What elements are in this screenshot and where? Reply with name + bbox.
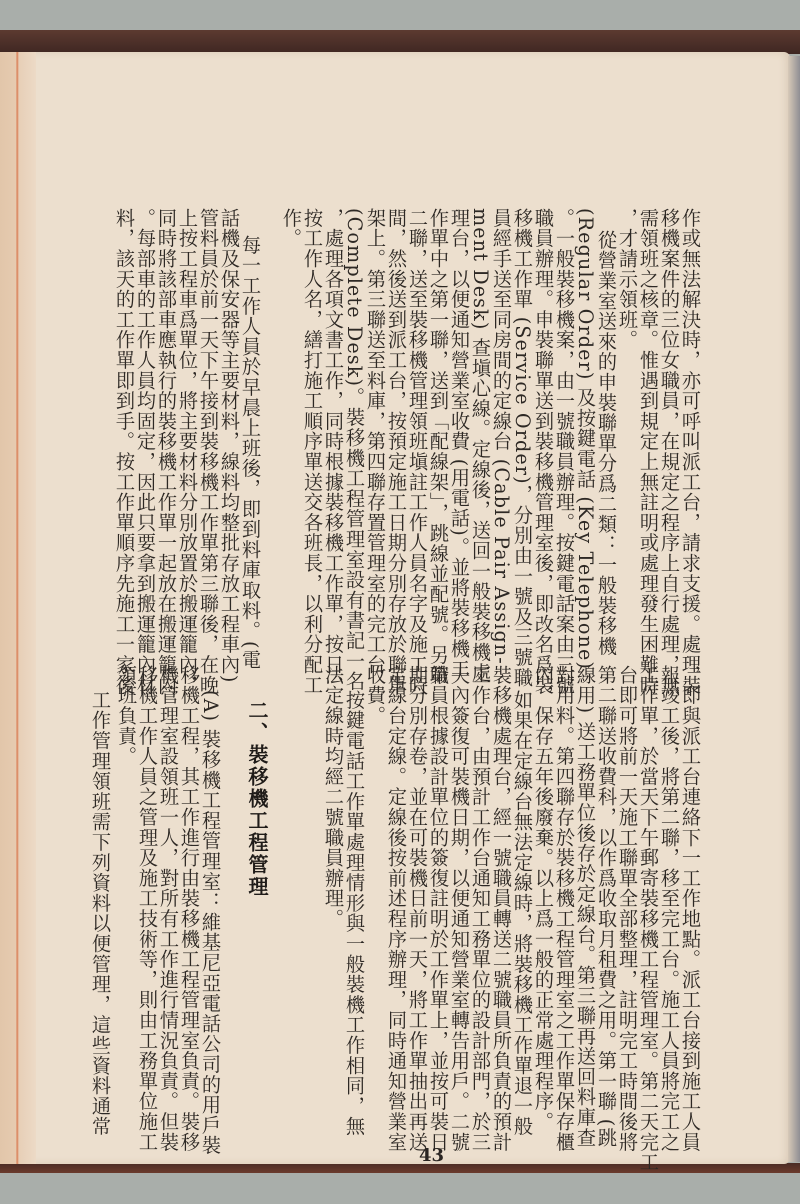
text-column: (Complete Desk)。裝移機工程管理室設有書記一名 <box>344 208 365 692</box>
text-column: 二聯，送至裝移機管理領班塡註工作人員名字及施工時 <box>407 208 428 695</box>
text-column: (A) 裝移機工程管理室：維基尼亞電話公司的用戶裝 <box>200 690 221 1156</box>
text-column: 收費。 <box>365 665 386 726</box>
text-column: 移機工作單 (Service Order)，分別由一號及三號職 <box>512 208 533 688</box>
text-column: 移機工作人員之管理及施工技術等，則由工務單位施工 <box>137 665 158 1152</box>
text-column: 線用) 送工務單位後存於定線台。第三聯再送回料庫查 <box>575 665 596 1148</box>
text-column: 按鍵電話工作單處理情形與一般裝機工作相同，無 <box>344 690 365 1137</box>
text-column: 法定線時均經二號職員辦理。 <box>323 665 344 929</box>
text-column: 同時將該部車應執行的裝移機工作單一起放在搬運籠內 <box>156 208 177 695</box>
book-cover-top-edge <box>0 30 800 54</box>
text-column: 機管理室設領班一人，對所有工作進行情況負責。但裝 <box>158 665 179 1152</box>
page-stack-edge <box>0 52 36 1164</box>
text-column: 如果在定線台無法定線時，將裝移機工作單退一般 <box>512 690 533 1137</box>
text-column: 每一工作人員於早晨上班後，即到料庫取料。(電 <box>240 235 261 670</box>
text-column: 期分別存卷，並在可裝機日前一天，將工作單抽出再送 <box>407 665 428 1152</box>
text-column: 內，保存五年後廢棄。以上爲一般的正常處理程序。 <box>533 665 554 1132</box>
text-column: 工作單，於當天下午郵寄裝移機工程管理室。第二天完工 <box>638 665 659 1173</box>
text-column: 作。 <box>281 208 302 249</box>
text-column: ，才請示領班。 <box>617 208 638 350</box>
text-column: 管料員於前一天下午接到裝移機工作單第三聯後，在晚 <box>198 208 219 695</box>
text-column: 員經手送至同房間的定線台 (Cable Pair Assign- <box>491 208 512 665</box>
text-column: 從營業室送來的申裝聯單分爲二類：一般裝移機 <box>596 230 617 656</box>
text-column: 需領班之核章。惟遇到規定上無註明或處理發生困難時 <box>638 208 659 695</box>
text-column: 工作台，由預計工作台通知工務單位的設計部門，於三 <box>470 665 491 1152</box>
text-column: 。每部車的工作人員均固定，因此只要拿到搬運籠內材 <box>135 208 156 695</box>
text-column: 作或無法解決時，亦可呼叫派工台，請求支援。處理裝 <box>680 208 701 695</box>
text-column: 職員根據設計單位的簽復註明於工作單上，並按可裝日 <box>428 665 449 1152</box>
text-column: 對用料。第四聯存於裝移機工程管理室之工作單保存櫃 <box>554 665 575 1152</box>
text-column: 移機案件的三位女職員，在規定之程序上自行處理，無 <box>659 208 680 695</box>
text-column: (Regular Order) 及按鍵電話 (Key Telephone) <box>575 208 596 670</box>
text-column: ，處理各項文書工作，同時根據裝移機工作單，按日、 <box>323 208 344 695</box>
text-column: 間，然後送到派工台，按預定施工日期分別存放於聯單 <box>386 208 407 695</box>
text-column: 理台，以便通知營業室收費 (用電話)。並將裝移機工 <box>449 208 470 679</box>
text-column: 。一般裝移機案，由一號職員辦理。按鍵電話案由三號 <box>554 208 575 695</box>
text-column: 作單中之第一聯，送到「配線架」，跳線並配號。另第 <box>428 208 449 686</box>
text-column: 上按工程車爲單位，將主要材料分別放置於搬運籠內， <box>177 208 198 695</box>
text-column: 移機工程，其工作進行由裝移機工程管理室負責。裝移 <box>179 665 200 1152</box>
text-column: 台即可將前一天施工聯單全部整理，註明完工時間後將 <box>617 665 638 1152</box>
text-column: 報竣工後，將第二聯，移至完工台。施工人員將完工之 <box>659 665 680 1152</box>
section-heading: 二、裝移機工程管理 <box>246 700 267 898</box>
page-number: 43 <box>419 1145 444 1166</box>
text-column: 天內簽復可裝機日期，以便通知營業室轉告用戶。二號 <box>449 665 470 1152</box>
text-column: 裝移機處理台，經一號職員轉送二號職員所負責的預計 <box>491 665 512 1152</box>
book-right-edge <box>788 56 800 1162</box>
text-column: 第二聯送收費科，以作爲收取月租費之用。第一聯 (跳 <box>596 665 617 1148</box>
text-column: 工作管理領班需下列資料以便管理，這些資料通常 <box>90 690 111 1137</box>
text-column: ment Desk) 查塡心線。定線後，送回一般裝移機處 <box>470 208 491 683</box>
text-column: 料，該天的工作單即到手。按工作單順序先施工一家後 <box>114 208 135 695</box>
text-column: 領班負責。 <box>116 665 137 767</box>
book-cover-bottom-edge <box>0 1163 800 1173</box>
book-page: 作或無法解決時，亦可呼叫派工台，請求支援。處理裝移機案件的三位女職員，在規定之程… <box>30 52 790 1164</box>
text-column: 按工作人名，繕打施工順序單送交各班長，以利分配工 <box>302 208 323 695</box>
text-column: ，即與派工台連絡下一工作地點。派工台接到施工人員 <box>680 665 701 1152</box>
text-column: 職員辦理。申裝聯單送到裝移機管理室後，即改名爲裝 <box>533 208 554 695</box>
text-column: 話機及保安器等主要材料，線料均整批存放工程車內) <box>219 208 240 684</box>
text-column: 架上。第三聯送至料庫，第四聯存置管理室的完工台 <box>365 208 386 675</box>
text-column: 定線台定線。定線後按前述程序辦理，同時通知營業室 <box>386 665 407 1152</box>
